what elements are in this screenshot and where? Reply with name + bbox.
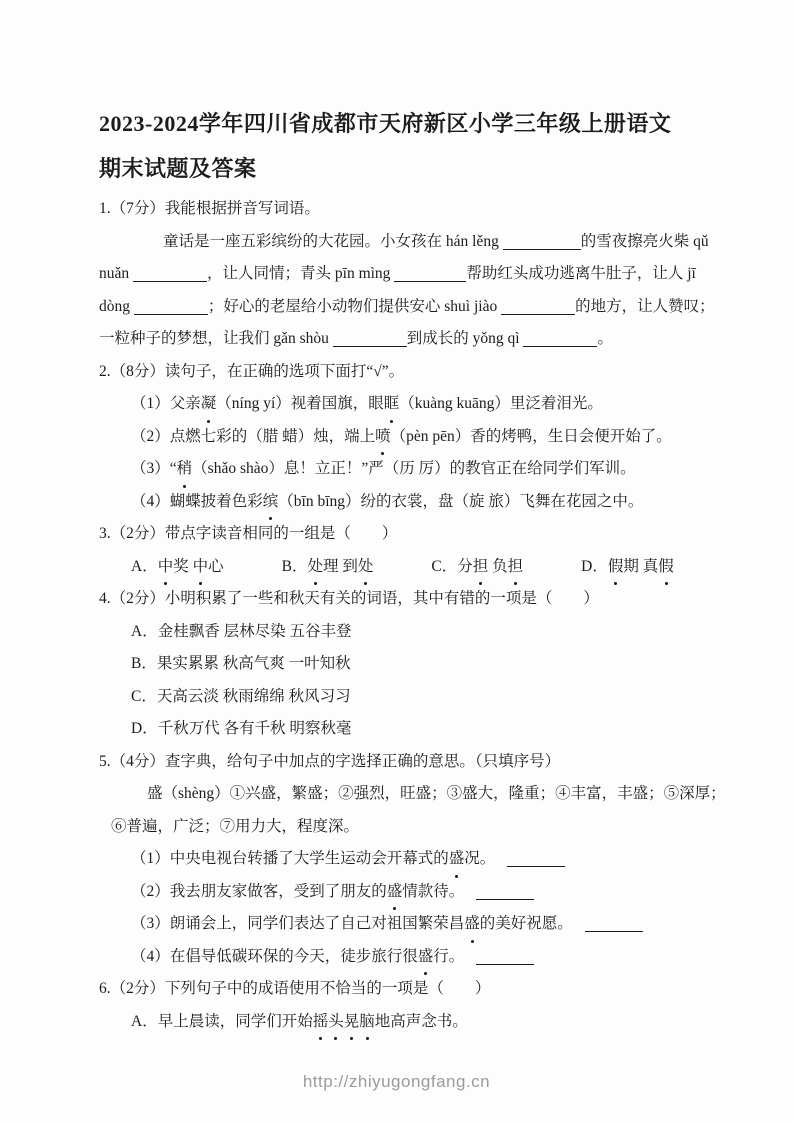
- text-segment: C．天高云淡 秋雨绵绵 秋风习习: [131, 688, 351, 705]
- text-segment: 。: [597, 330, 613, 347]
- emphasized-char: 假: [658, 551, 674, 584]
- emphasized-char: 摇: [313, 1006, 329, 1039]
- q5-item-3: （3）朗诵会上，同学们表达了自己对祖国繁荣昌盛的美好祝愿。: [131, 908, 723, 941]
- text-segment: （2）我去朋友家做客，受到了朋友的: [131, 883, 387, 900]
- emphasized-char: 喷: [375, 421, 391, 454]
- text-segment: ⑥普遍，广泛；⑦用力大，程度深。: [111, 818, 359, 835]
- emphasized-char: 凝: [201, 388, 217, 421]
- emphasized-char: 头: [328, 1006, 344, 1039]
- q1-passage-line-3: dòng ；好心的老屋给小动物们提供安心 shuì jiào 的地方，让人赞叹；: [99, 291, 723, 324]
- answer-blank: [134, 300, 208, 315]
- exam-title: 2023-2024学年四川省成都市天府新区小学三年级上册语文 期末试题及答案: [99, 101, 723, 191]
- text-segment: 况。: [464, 850, 495, 867]
- text-segment: （níng yí）视着国旗，眼: [216, 395, 384, 412]
- text-segment: B．果实累累 秋高气爽 一叶知秋: [131, 655, 351, 672]
- text-segment: （3）朗诵会上，同学们表达了自己对祖国繁荣昌: [131, 915, 464, 932]
- answer-blank: [333, 332, 407, 347]
- answer-blank: [476, 950, 534, 965]
- answer-blank: [503, 235, 581, 250]
- text-segment: C．分: [431, 558, 472, 575]
- emphasized-char: 稍: [177, 453, 193, 486]
- q5-item-1: （1）中央电视台转播了大学生运动会开幕式的盛况。: [131, 843, 723, 876]
- text-segment: D．千秋万代 各有千秋 明察秋毫: [131, 720, 351, 737]
- text-segment: （kuàng kuāng）里泛着泪光。: [399, 395, 603, 412]
- text-segment: 理 到: [323, 558, 358, 575]
- text-segment: A．早上晨读，同学们开始: [131, 1013, 313, 1030]
- text-segment: 奖: [173, 558, 192, 575]
- text-segment: dòng: [99, 298, 134, 315]
- q2-item-4: （4）蝴蝶披着色彩缤（bīn bīng）纷的衣裳，盘（旋 旅）飞舞在花园之中。: [131, 486, 723, 519]
- answer-blank: [133, 267, 207, 282]
- question-1: 1.（7分）我能根据拼音写词语。童话是一座五彩缤纷的大花园。小女孩在 hán l…: [99, 193, 723, 356]
- q5-item-4: （4）在倡导低碳环保的今天，徒步旅行很盛行。: [131, 941, 723, 974]
- answer-blank: [585, 917, 643, 932]
- exam-title-line-2: 期末试题及答案: [99, 146, 723, 191]
- emphasized-char: 担: [473, 551, 489, 584]
- text-segment: 2.（8分）读句子，在正确的选项下面打“√”。: [99, 363, 404, 380]
- text-segment: 心: [208, 558, 224, 575]
- q6-option-a: A．早上晨读，同学们开始摇头晃脑地高声念书。: [131, 1006, 723, 1039]
- text-segment: 行。: [433, 948, 464, 965]
- answer-blank: [394, 267, 466, 282]
- question-2: 2.（8分）读句子，在正确的选项下面打“√”。（1）父亲凝（níng yí）视着…: [99, 356, 723, 519]
- text-segment: A．金桂飘香 层林尽染 五谷丰登: [131, 623, 351, 640]
- q4-option-d: D．千秋万代 各有千秋 明察秋毫: [131, 713, 723, 746]
- q3-options: A．中奖 中心B．处理 到处C．分担 负担D．假期 真假: [131, 551, 723, 584]
- answer-blank: [523, 332, 597, 347]
- emphasized-char: 处: [307, 551, 323, 584]
- q1-passage-line-2: nuǎn ，让人同情；青头 pīn mìng 帮助红头成功逃离牛肚子，让人 jī: [99, 258, 723, 291]
- text-segment: （4）在倡导低碳环保的今天，徒步旅行很: [131, 948, 418, 965]
- q5-header: 5.（4分）查字典，给句子中加点的字选择正确的意思。（只填序号）: [99, 746, 723, 779]
- q1-passage-line-4: 一粒种子的梦想，让我们 gǎn shòu 到成长的 yǒng qì 。: [99, 323, 723, 356]
- q6-header: 6.（2分）下列句子中的成语使用不恰当的一项是（ ）: [99, 973, 723, 1006]
- text-segment: （1）中央电视台转播了大学生运动会开幕式的: [131, 850, 449, 867]
- emphasized-char: 担: [508, 551, 524, 584]
- text-segment: A．: [131, 558, 158, 575]
- q5-item-2: （2）我去朋友家做客，受到了朋友的盛情款待。: [131, 876, 723, 909]
- emphasized-char: 晃: [344, 1006, 360, 1039]
- text-segment: 情款待。: [402, 883, 464, 900]
- q4-option-a: A．金桂飘香 层林尽染 五谷丰登: [131, 616, 723, 649]
- question-6: 6.（2分）下列句子中的成语使用不恰当的一项是（ ）A．早上晨读，同学们开始摇头…: [99, 973, 723, 1038]
- q4-header: 4.（2分）小明积累了一些和秋天有关的词语，其中有错的一项是（ ）: [99, 583, 723, 616]
- text-segment: 帮助红头成功逃离牛肚子，让人 jī: [466, 265, 696, 282]
- q4-option-b: B．果实累累 秋高气爽 一叶知秋: [131, 648, 723, 681]
- answer-blank: [507, 852, 565, 867]
- text-segment: 4.（2分）小明积累了一些和秋天有关的词语，其中有错的一项是（ ）: [99, 590, 599, 607]
- emphasized-char: 盛: [387, 876, 403, 909]
- text-segment: （pèn pēn）香的烤鸭，生日会便开始了。: [391, 428, 672, 445]
- document-body: 1.（7分）我能根据拼音写词语。童话是一座五彩缤纷的大花园。小女孩在 hán l…: [99, 193, 723, 1038]
- text-segment: 3.（2分）带点字读音相同的一组是（ ）: [99, 525, 397, 542]
- text-segment: D．: [581, 558, 608, 575]
- text-segment: 5.（4分）查字典，给句子中加点的字选择正确的意思。（只填序号）: [99, 753, 560, 770]
- text-segment: 的地方，让人赞叹；: [575, 298, 715, 315]
- text-segment: 一粒种子的梦想，让我们 gǎn shòu: [99, 330, 333, 347]
- q5-dictionary-line-1: 盛（shèng）①兴盛，繁盛；②强烈，旺盛；③盛大，隆重；④丰富，丰盛；⑤深厚；: [147, 778, 723, 811]
- answer-blank: [501, 300, 575, 315]
- text-segment: B．: [282, 558, 308, 575]
- footer-url: http://zhiyugongfang.cn: [0, 1072, 793, 1092]
- text-segment: 6.（2分）下列句子中的成语使用不恰当的一项是（ ）: [99, 980, 490, 997]
- emphasized-char: 中: [158, 551, 174, 584]
- q4-option-c: C．天高云淡 秋雨绵绵 秋风习习: [131, 681, 723, 714]
- emphasized-char: 眶: [384, 388, 400, 421]
- text-segment: nuǎn: [99, 265, 133, 282]
- q5-dictionary-line-2: ⑥普遍，广泛；⑦用力大，程度深。: [111, 811, 723, 844]
- q2-item-1: （1）父亲凝（níng yí）视着国旗，眼眶（kuàng kuāng）里泛着泪光…: [131, 388, 723, 421]
- emphasized-char: 中: [193, 551, 209, 584]
- emphasized-char: 缤: [263, 486, 279, 519]
- text-segment: 地高声念书。: [375, 1013, 468, 1030]
- text-segment: 盛（shèng）①兴盛，繁盛；②强烈，旺盛；③盛大，隆重；④丰富，丰盛；⑤深厚；: [147, 785, 726, 802]
- text-segment: （shǎo shào）息！立正！”严（历 厉）的教官正在给同学们军训。: [192, 460, 635, 477]
- text-segment: 到成长的 yǒng qì: [407, 330, 524, 347]
- text-segment: 的雪夜擦亮火柴 qǔ: [581, 233, 709, 250]
- emphasized-char: 假: [608, 551, 624, 584]
- text-segment: ；好心的老屋给小动物们提供安心 shuì jiào: [208, 298, 501, 315]
- q1-header: 1.（7分）我能根据拼音写词语。: [99, 193, 723, 226]
- q2-header: 2.（8分）读句子，在正确的选项下面打“√”。: [99, 356, 723, 389]
- text-segment: 负: [488, 558, 507, 575]
- emphasized-char: 盛: [464, 908, 480, 941]
- q3-header: 3.（2分）带点字读音相同的一组是（ ）: [99, 518, 723, 551]
- question-5: 5.（4分）查字典，给句子中加点的字选择正确的意思。（只填序号）盛（shèng）…: [99, 746, 723, 974]
- q1-passage-line-1: 童话是一座五彩缤纷的大花园。小女孩在 hán lěng 的雪夜擦亮火柴 qǔ: [163, 226, 723, 259]
- text-segment: 的美好祝愿。: [480, 915, 573, 932]
- q2-item-3: （3）“稍（shǎo shào）息！立正！”严（历 厉）的教官正在给同学们军训。: [131, 453, 723, 486]
- text-segment: （3）“: [131, 460, 177, 477]
- text-segment: 1.（7分）我能根据拼音写词语。: [99, 200, 320, 217]
- emphasized-char: 脑: [359, 1006, 375, 1039]
- question-4: 4.（2分）小明积累了一些和秋天有关的词语，其中有错的一项是（ ）A．金桂飘香 …: [99, 583, 723, 746]
- q2-item-2: （2）点燃七彩的（腊 蜡）烛，端上喷（pèn pēn）香的烤鸭，生日会便开始了。: [131, 421, 723, 454]
- text-segment: （4）蝴蝶披着色彩: [131, 493, 263, 510]
- emphasized-char: 盛: [449, 843, 465, 876]
- text-segment: （2）点燃七彩的（腊 蜡）烛，端上: [131, 428, 375, 445]
- emphasized-char: 处: [358, 551, 374, 584]
- text-segment: ，让人同情；青头 pīn mìng: [207, 265, 394, 282]
- answer-blank: [476, 885, 534, 900]
- emphasized-char: 盛: [418, 941, 434, 974]
- exam-page: 2023-2024学年四川省成都市天府新区小学三年级上册语文 期末试题及答案 1…: [0, 0, 793, 1122]
- text-segment: （1）父亲: [131, 395, 201, 412]
- text-segment: （bīn bīng）纷的衣裳，盘（旋 旅）飞舞在花园之中。: [278, 493, 643, 510]
- question-3: 3.（2分）带点字读音相同的一组是（ ）A．中奖 中心B．处理 到处C．分担 负…: [99, 518, 723, 583]
- exam-title-line-1: 2023-2024学年四川省成都市天府新区小学三年级上册语文: [99, 101, 723, 146]
- text-segment: 童话是一座五彩缤纷的大花园。小女孩在 hán lěng: [163, 233, 503, 250]
- text-segment: 期 真: [623, 558, 658, 575]
